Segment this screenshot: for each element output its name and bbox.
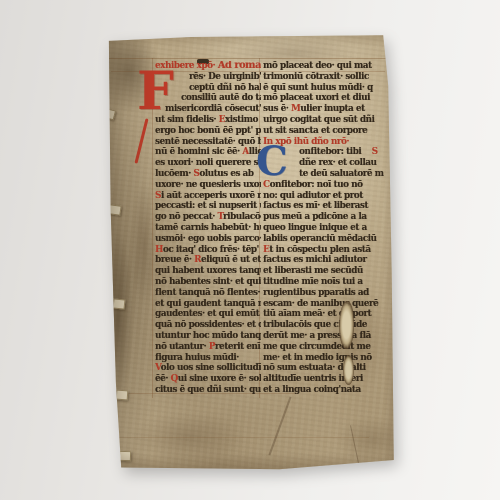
ink-text: ulier inupta et — [300, 104, 364, 114]
manuscript-text-line: altitudīe uentris inferi — [263, 374, 391, 385]
ink-text: consiliū autē do tanquā — [181, 93, 261, 103]
ink-text: derūt me· a pressura flā — [263, 331, 371, 341]
photo-background: exhibere xpō· Ad romanos·rēs· De uirgini… — [0, 0, 500, 500]
manuscript-text-line: gaudentes· et qui emūt tan — [155, 309, 261, 320]
ink-text: xistimo — [225, 115, 258, 125]
ink-text: mō placeat uxori et diui — [263, 93, 370, 103]
manuscript-text-line: ē quī sunt huius mūdi· q — [263, 83, 391, 94]
ink-text: nō utantur· — [155, 342, 209, 352]
ink-text: labiis operanciū mēdaciū — [263, 234, 376, 244]
stain — [131, 181, 157, 306]
manuscript-text-line: ut sit sancta et corpore — [263, 126, 391, 137]
ink-text: pus meū a pdicōne a la — [263, 212, 367, 222]
ink-text: escam· de manibus querē — [263, 299, 378, 309]
ink-text: lucōem· — [155, 169, 193, 179]
ink-text: dñe rex· et collau — [299, 158, 376, 168]
rubric-text: H — [155, 245, 163, 255]
crease-line — [350, 425, 361, 472]
ink-text: olutus es ab — [199, 169, 253, 179]
ink-text: qui habent uxores tanquā — [155, 266, 261, 276]
rubric-text: Ad romanos· — [218, 61, 261, 71]
ink-text: i aūt acceperis uxorē nō — [161, 191, 261, 201]
ink-text: misericordiā cōsecut' a deo — [165, 104, 261, 114]
ink-text: gaudentes· et qui emūt tan — [155, 309, 261, 319]
ink-text: ui sine uxore ē· solli — [178, 374, 261, 384]
manuscript-text-line: usmōi· ego uobis parco· — [155, 234, 261, 245]
ink-text: queo lingue inique et a — [263, 223, 367, 233]
ink-text: nū ē homini sic ēē· — [155, 147, 242, 157]
ink-text: ēē· — [155, 374, 171, 384]
manuscript-text-line: ēē· Qui sine uxore ē· solli — [155, 374, 261, 385]
manuscript-text-line: uirgo cogitat que sūt dñi — [263, 115, 391, 126]
ink-text: et qui gaudent tanquā nō — [155, 299, 261, 309]
ink-text: figura huius mūdi· — [155, 353, 239, 363]
ink-text: olo uos sine sollicitudīe — [161, 363, 261, 373]
manuscript-text-line: et liberasti me secūdū — [263, 266, 391, 277]
manuscript-text-line: mō placeat uxori et diui — [263, 93, 391, 104]
ink-text: tiū aīam meā· et de port — [263, 309, 371, 319]
manuscript-text-line: breue ē· Reliquū ē ut et — [155, 255, 261, 266]
ink-text: rēs· De uirginib' pre — [189, 72, 261, 82]
manuscript-text-line: ergo hoc bonū ēē ppt' pre — [155, 126, 261, 137]
manuscript-text-line: et qui gaudent tanquā nō — [155, 299, 261, 310]
manuscript-text-line: Et in cōspectu plen astā — [263, 245, 391, 256]
ink-text: usmōi· ego uobis parco· — [155, 234, 261, 244]
ink-text: quā nō possidentes· et qui — [155, 320, 261, 330]
manuscript-text-line: nō sum estuata· de alti — [263, 363, 391, 374]
stain — [103, 231, 133, 406]
manuscript-text-line: utuntur hoc mūdo tanquā — [155, 331, 261, 342]
parchment-hole — [343, 355, 354, 385]
manuscript-text-line: derūt me· a pressura flā — [263, 331, 391, 342]
ink-text: factus es mī· et liberast — [263, 201, 368, 211]
ink-text: no: qui adiutor et prot — [263, 191, 363, 201]
manuscript-text-line: quā nō possidentes· et qui — [155, 320, 261, 331]
ink-text: t in cōspectu plen astā — [269, 245, 370, 255]
sewing-thong — [119, 451, 131, 461]
crease-line — [268, 397, 291, 456]
ink-text: et a lingua coinq'nata — [263, 385, 361, 395]
manuscript-text-line: mō placeat deo· qui mat — [263, 61, 391, 72]
ink-text: trimoniū cōtraxit· sollic — [263, 72, 369, 82]
manuscript-text-line: rugientibus pparatis ad — [263, 288, 391, 299]
ink-text: reterit enī — [215, 342, 260, 352]
ink-text: me que circumdedit me — [263, 342, 370, 352]
ink-text: ergo hoc bonū ēē ppt' pre — [155, 126, 261, 136]
stain — [336, 416, 410, 464]
manuscript-text-line: nō utantur· Preterit enī — [155, 342, 261, 353]
ruling-line — [119, 437, 369, 438]
sewing-thong — [113, 298, 126, 309]
ink-text: ut sit sancta et corpore — [263, 126, 367, 136]
decorated-initial-red: F — [137, 66, 174, 118]
manuscript-text-line: et a lingua coinq'nata — [263, 385, 391, 396]
ink-text: te deū saluatorē m — [299, 169, 383, 179]
ink-text: uirgo cogitat que sūt dñi — [263, 115, 374, 125]
ink-text: nō habentes sint· et qui — [155, 277, 261, 287]
ink-text: sentē necessitatē· quō bo — [155, 137, 261, 147]
ink-text: go nō peccat· — [155, 212, 217, 222]
rubric-text: R — [194, 255, 201, 265]
manuscript-text-line: factus es mī· et liberast — [263, 201, 391, 212]
ink-text: rugientibus pparatis ad — [263, 288, 369, 298]
manuscript-text-line: pus meū a pdicōne a la — [263, 212, 391, 223]
ink-text: titudine mīe noīs tui a — [263, 277, 363, 287]
ink-text: uxore· ne quesieris uxorē — [155, 180, 261, 190]
sewing-thong — [102, 108, 116, 121]
manuscript-text-line: tamē carnis habebūt· hui — [155, 223, 261, 234]
stain — [131, 411, 246, 463]
ink-text: es uxori· noli querere so — [155, 158, 261, 168]
ink-text: citus ē que dñi sunt· quō — [155, 385, 261, 395]
manuscript-text-line: lucōem· Solutus es ab — [155, 169, 261, 180]
manuscript-text-line: flent tanquā nō flentes· — [155, 288, 261, 299]
ink-text: oc itaq' dico frēs· tēp' — [163, 245, 259, 255]
ink-text: me· et in medio ignis nō — [263, 353, 372, 363]
ink-text: ribulacōē — [223, 212, 261, 222]
rubric-text: S — [361, 147, 377, 157]
sewing-thong — [108, 204, 121, 216]
manuscript-text-line: tiū aīam meā· et de port — [263, 309, 391, 320]
manuscript-text-line: go nō peccat· Tribulacōē — [155, 212, 261, 223]
manuscript-text-line: queo lingue inique et a — [263, 223, 391, 234]
manuscript-text-line: nō habentes sint· et qui — [155, 277, 261, 288]
manuscript-leaf-shadow: exhibere xpō· Ad romanos·rēs· De uirgini… — [103, 33, 397, 471]
ink-text: ē quī sunt huius mūdi· q — [263, 83, 373, 93]
manuscript-text-line: trimoniū cōtraxit· sollic — [263, 72, 391, 83]
manuscript-text-line: tribulacōis que circūde — [263, 320, 391, 331]
ink-text: et liberasti me secūdū — [263, 266, 363, 276]
manuscript-text-line: figura huius mūdi· — [155, 353, 261, 364]
manuscript-text-line: peccasti: et si nupserit uir — [155, 201, 261, 212]
ink-text: eliquū ē ut et — [201, 255, 261, 265]
ink-text: breue ē· — [155, 255, 194, 265]
ruling-line — [109, 58, 387, 59]
manuscript-text-line: labiis operanciū mēdaciū — [263, 234, 391, 245]
manuscript-text-line: nū ē homini sic ēē· Alligat' — [155, 147, 261, 158]
manuscript-text-line: Hoc itaq' dico frēs· tēp' — [155, 245, 261, 256]
manuscript-text-line: Volo uos sine sollicitudīe — [155, 363, 261, 374]
text-column-right: mō placeat deo· qui mattrimoniū cōtraxit… — [263, 61, 391, 399]
manuscript-text-line: sentē necessitatē· quō bo — [155, 137, 261, 148]
manuscript-text-line: titudine mīe noīs tui a — [263, 277, 391, 288]
manuscript-text-line: no: qui adiutor et prot — [263, 191, 391, 202]
manuscript-text-line: uxore· ne quesieris uxorē — [155, 180, 261, 191]
manuscript-text-line: me· et in medio ignis nō — [263, 353, 391, 364]
manuscript-text-line: sus ē· Mulier inupta et — [263, 104, 391, 115]
manuscript-text-line: es uxori· noli querere so — [155, 158, 261, 169]
manuscript-text-line: qui habent uxores tanquā — [155, 266, 261, 277]
ink-text: ceptū dñi nō habeo· — [189, 83, 261, 93]
ink-text: flent tanquā nō flentes· — [155, 288, 260, 298]
ink-text: mō placeat deo· qui mat — [263, 61, 372, 71]
manuscript-leaf: exhibere xpō· Ad romanos·rēs· De uirgini… — [103, 33, 397, 471]
ink-text: factus es michi adiutor — [263, 255, 367, 265]
manuscript-text-line: me que circumdedit me — [263, 342, 391, 353]
ink-text: peccasti: et si nupserit uir — [155, 201, 261, 211]
decorated-initial-blue: C — [256, 142, 288, 182]
ink-text: utuntur hoc mūdo tanquā — [155, 331, 261, 341]
manuscript-text-line: factus es michi adiutor — [263, 255, 391, 266]
manuscript-text-line: escam· de manibus querē — [263, 299, 391, 310]
ink-text: sus ē· — [263, 104, 291, 114]
rubric-text: Q — [171, 374, 178, 384]
parchment-hole — [339, 301, 354, 349]
manuscript-text-line: citus ē que dñi sunt· quō — [155, 385, 261, 396]
rubric-text: M — [291, 104, 300, 114]
ink-text: tamē carnis habebūt· hui — [155, 223, 261, 233]
ink-text: onfitebor: tibi — [299, 147, 361, 157]
sewing-thong — [116, 390, 129, 401]
manuscript-text-line: Si aūt acceperis uxorē nō — [155, 191, 261, 202]
